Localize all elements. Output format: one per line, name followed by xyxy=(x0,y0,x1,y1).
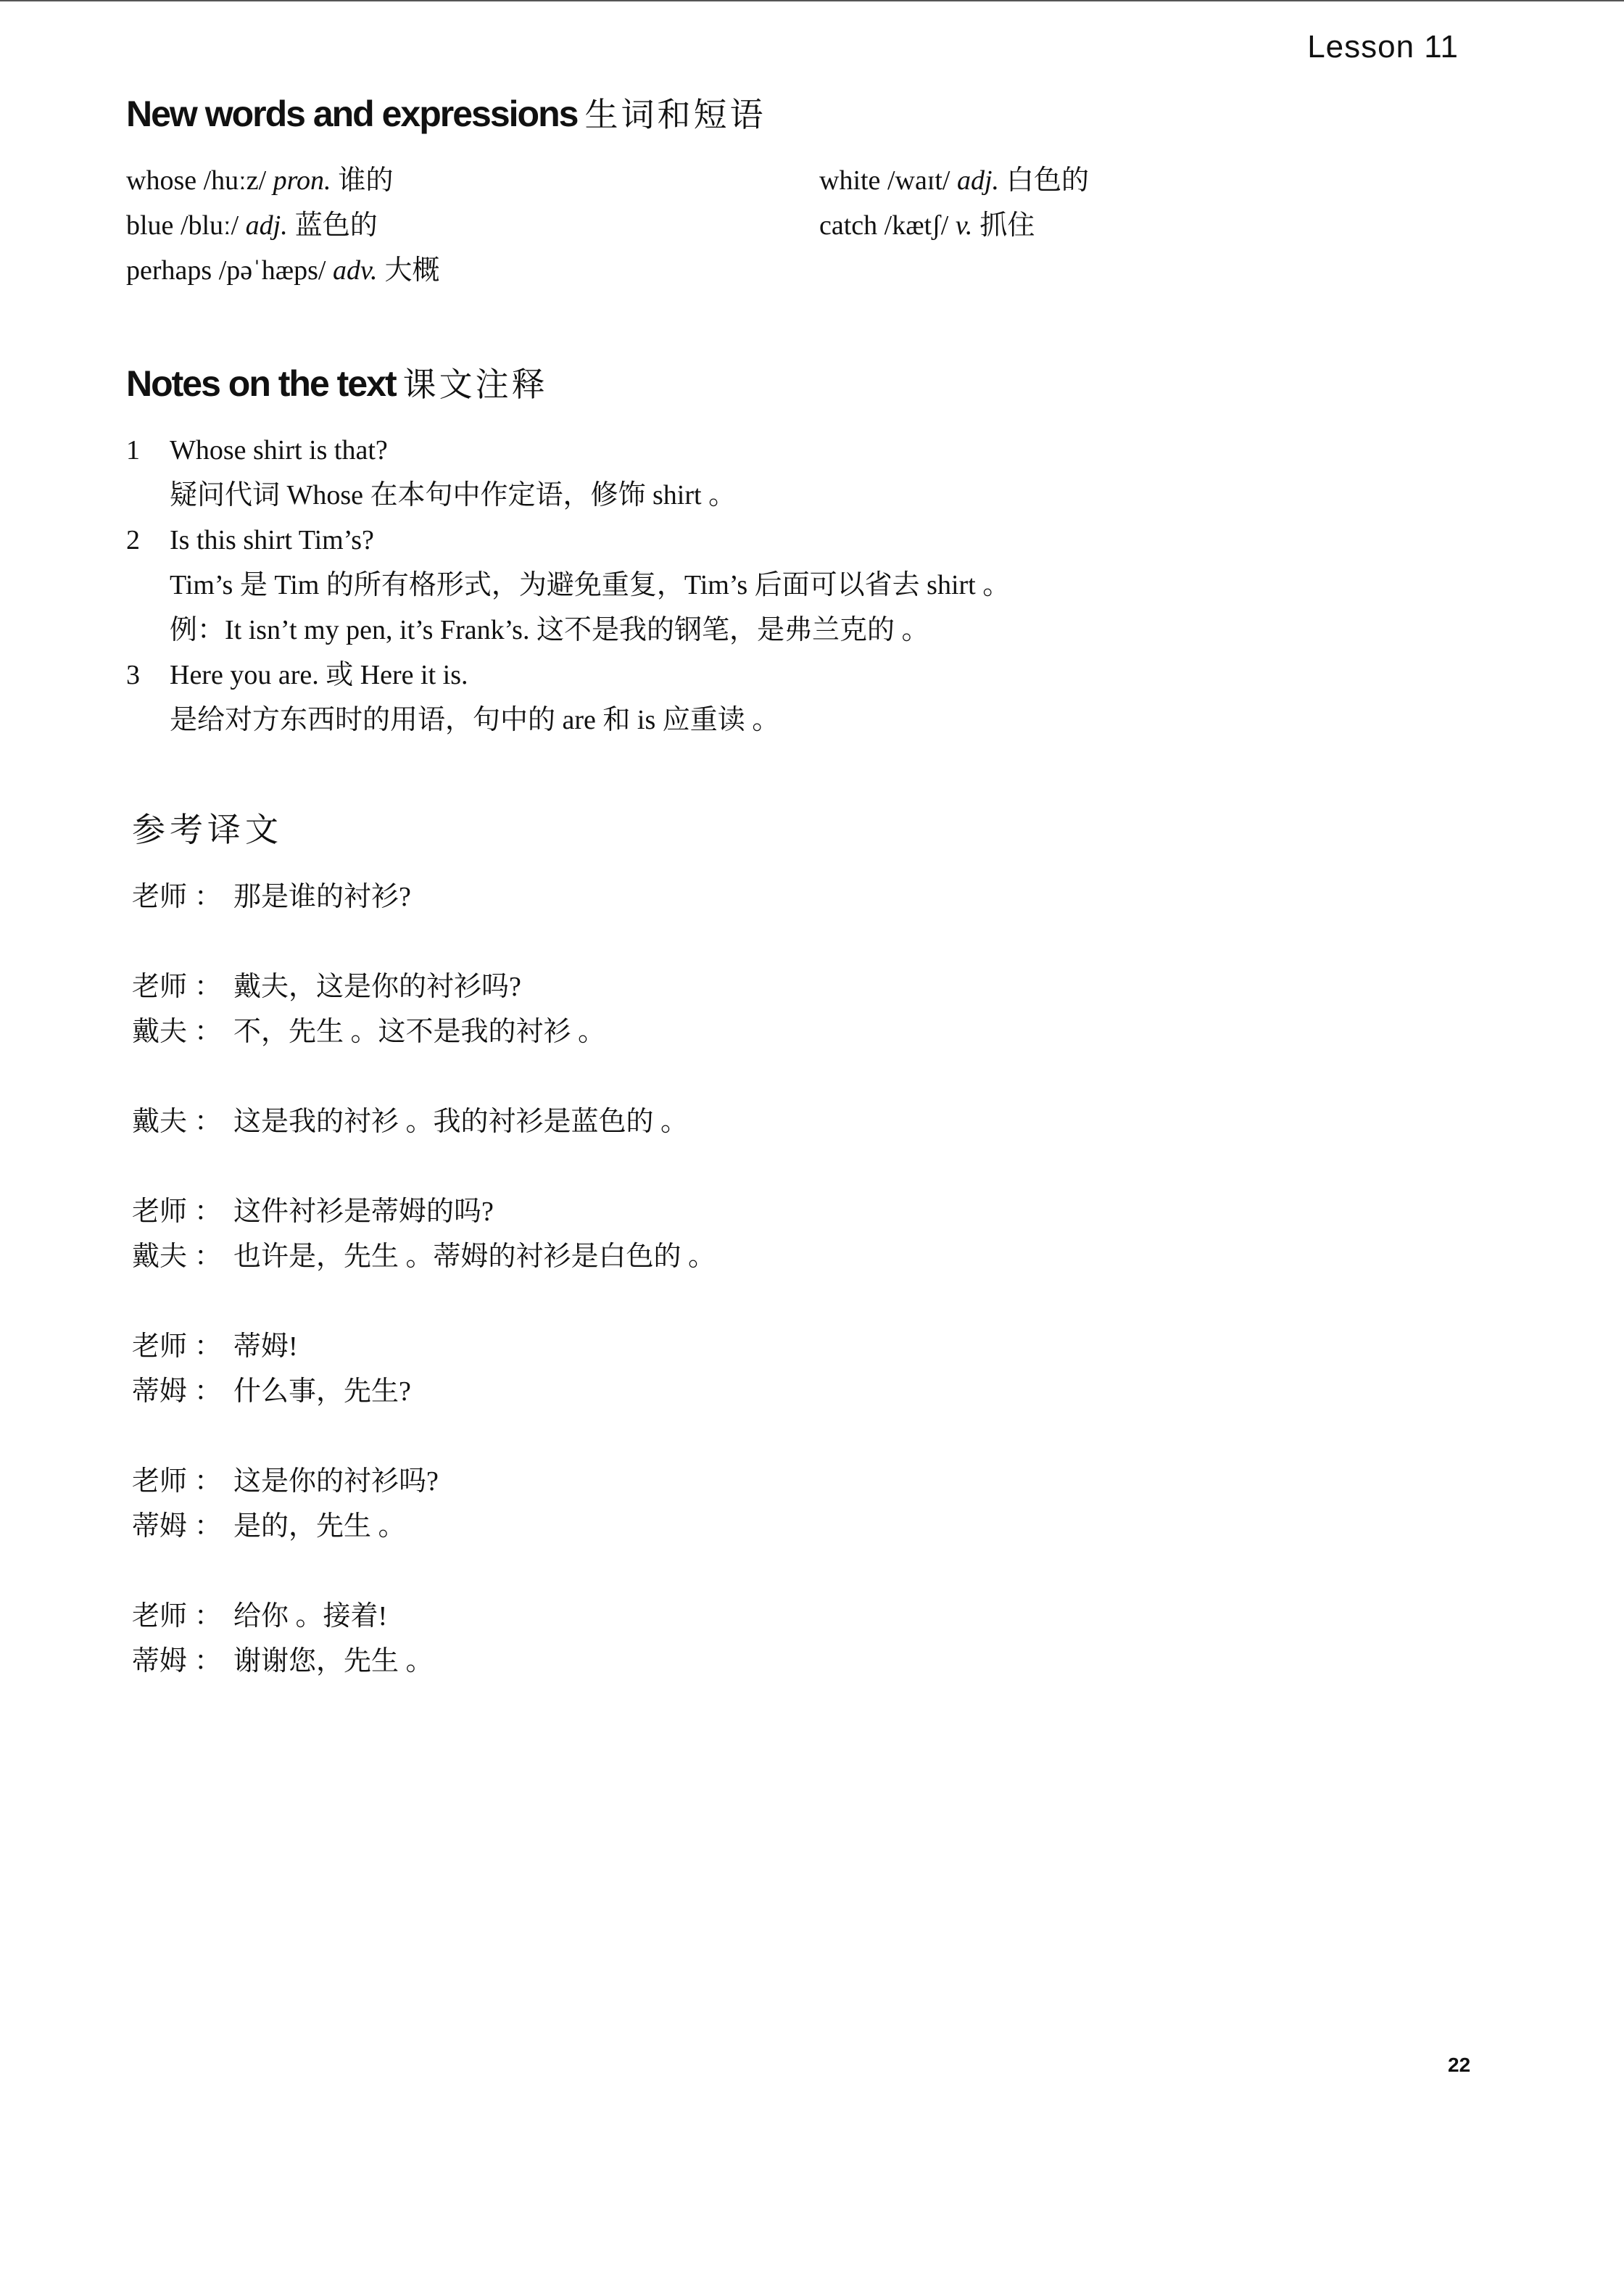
utterance: 戴夫，这是你的衬衫吗? xyxy=(233,964,521,1009)
vocab-entry: perhaps /pəˈhæps/ adv.大概 xyxy=(126,248,440,293)
note-line: 例：It isn’t my pen, it’s Frank’s. 这不是我的钢笔… xyxy=(170,608,1010,653)
speaker: 老师 xyxy=(132,875,183,919)
speaker: 老师 xyxy=(132,1189,183,1234)
vocab-pos: adv. xyxy=(333,255,378,286)
vocab-meaning: 白色的 xyxy=(1006,165,1089,196)
notes-list: 1 Whose shirt is that? 疑问代词 Whose 在本句中作定… xyxy=(126,428,1010,743)
lesson-label: Lesson 11 xyxy=(1307,29,1459,65)
note-number: 2 xyxy=(126,518,170,653)
vocab-ipa: /kætʃ/ xyxy=(884,210,949,241)
speaker: 老师 xyxy=(132,1459,183,1504)
page-top-rule xyxy=(0,0,1624,1)
utterance: 那是谁的衬衫? xyxy=(233,875,411,919)
dialogue-line: 老师：这件衬衫是蒂姆的吗? xyxy=(132,1189,716,1234)
speaker: 蒂姆 xyxy=(132,1369,183,1414)
vocab-ipa: /waɪt/ xyxy=(887,165,950,196)
note-line: Tim’s 是 Tim 的所有格形式，为避免重复，Tim’s 后面可以省去 sh… xyxy=(170,563,1010,608)
colon: ： xyxy=(183,1594,233,1639)
vocab-word: catch xyxy=(819,210,877,241)
utterance: 是的，先生 。 xyxy=(233,1504,406,1549)
speaker: 老师 xyxy=(132,964,183,1009)
note-item: 1 Whose shirt is that? 疑问代词 Whose 在本句中作定… xyxy=(126,428,1010,518)
utterance: 谢谢您，先生 。 xyxy=(233,1639,434,1684)
speaker: 老师 xyxy=(132,1594,183,1639)
vocab-word: whose xyxy=(126,165,196,196)
vocab-entry: blue /bluː/ adj.蓝色的 xyxy=(126,203,440,248)
note-item: 2 Is this shirt Tim’s? Tim’s 是 Tim 的所有格形… xyxy=(126,518,1010,653)
translation-dialogue: 老师：那是谁的衬衫? 老师：戴夫，这是你的衬衫吗? 戴夫：不，先生 。这不是我的… xyxy=(132,875,716,1729)
vocab-meaning: 抓住 xyxy=(979,210,1035,241)
vocab-meaning: 谁的 xyxy=(339,165,394,196)
note-line: Here you are. 或 Here it is. xyxy=(170,653,779,698)
utterance: 这是我的衬衫 。我的衬衫是蓝色的 。 xyxy=(233,1099,688,1144)
utterance: 不，先生 。这不是我的衬衫 。 xyxy=(233,1009,605,1054)
dialogue-group: 老师：戴夫，这是你的衬衫吗? 戴夫：不，先生 。这不是我的衬衫 。 xyxy=(132,964,716,1054)
dialogue-group: 老师：那是谁的衬衫? xyxy=(132,875,716,919)
colon: ： xyxy=(183,1234,233,1279)
translation-heading: 参考译文 xyxy=(132,803,283,851)
vocab-pos: adj. xyxy=(957,165,999,196)
dialogue-line: 蒂姆：什么事，先生? xyxy=(132,1369,716,1414)
note-line: Whose shirt is that? xyxy=(170,428,736,473)
note-line: 疑问代词 Whose 在本句中作定语，修饰 shirt 。 xyxy=(170,473,736,518)
note-number: 3 xyxy=(126,653,170,743)
speaker: 戴夫 xyxy=(132,1234,183,1279)
vocab-right-column: white /waɪt/ adj.白色的 catch /kætʃ/ v.抓住 xyxy=(819,158,1089,248)
vocab-word: white xyxy=(819,165,880,196)
notes-heading: Notes on the text课文注释 xyxy=(126,358,548,406)
colon: ： xyxy=(183,1504,233,1549)
vocab-meaning: 蓝色的 xyxy=(295,210,378,241)
new-words-heading-en: New words and expressions xyxy=(126,94,577,134)
speaker: 戴夫 xyxy=(132,1099,183,1144)
dialogue-group: 老师：给你 。接着! 蒂姆：谢谢您，先生 。 xyxy=(132,1594,716,1684)
vocab-pos: adj. xyxy=(246,210,288,241)
vocab-pos: v. xyxy=(956,210,973,241)
dialogue-group: 老师：蒂姆! 蒂姆：什么事，先生? xyxy=(132,1324,716,1414)
speaker: 蒂姆 xyxy=(132,1639,183,1684)
vocab-left-column: whose /huːz/ pron.谁的 blue /bluː/ adj.蓝色的… xyxy=(126,158,440,293)
new-words-heading-zh: 生词和短语 xyxy=(584,95,766,134)
page-number: 22 xyxy=(1448,2054,1470,2077)
speaker: 老师 xyxy=(132,1324,183,1369)
dialogue-line: 戴夫：也许是，先生 。蒂姆的衬衫是白色的 。 xyxy=(132,1234,716,1279)
vocab-pos: pron. xyxy=(273,165,331,196)
note-line: 是给对方东西时的用语，句中的 are 和 is 应重读 。 xyxy=(170,698,779,743)
new-words-heading: New words and expressions生词和短语 xyxy=(126,88,766,136)
vocab-ipa: /bluː/ xyxy=(181,210,239,241)
dialogue-group: 老师：这件衬衫是蒂姆的吗? 戴夫：也许是，先生 。蒂姆的衬衫是白色的 。 xyxy=(132,1189,716,1279)
colon: ： xyxy=(183,1099,233,1144)
notes-heading-zh: 课文注释 xyxy=(403,365,548,404)
note-number: 1 xyxy=(126,428,170,518)
colon: ： xyxy=(183,964,233,1009)
dialogue-group: 戴夫：这是我的衬衫 。我的衬衫是蓝色的 。 xyxy=(132,1099,716,1144)
utterance: 蒂姆! xyxy=(233,1324,298,1369)
dialogue-line: 戴夫：这是我的衬衫 。我的衬衫是蓝色的 。 xyxy=(132,1099,716,1144)
notes-heading-en: Notes on the text xyxy=(126,363,396,404)
dialogue-line: 老师：蒂姆! xyxy=(132,1324,716,1369)
vocab-word: blue xyxy=(126,210,173,241)
vocab-entry: white /waɪt/ adj.白色的 xyxy=(819,158,1089,203)
dialogue-line: 戴夫：不，先生 。这不是我的衬衫 。 xyxy=(132,1009,716,1054)
dialogue-line: 老师：给你 。接着! xyxy=(132,1594,716,1639)
speaker: 戴夫 xyxy=(132,1009,183,1054)
note-item: 3 Here you are. 或 Here it is. 是给对方东西时的用语… xyxy=(126,653,1010,743)
dialogue-group: 老师：这是你的衬衫吗? 蒂姆：是的，先生 。 xyxy=(132,1459,716,1549)
dialogue-line: 蒂姆：谢谢您，先生 。 xyxy=(132,1639,716,1684)
utterance: 也许是，先生 。蒂姆的衬衫是白色的 。 xyxy=(233,1234,716,1279)
utterance: 什么事，先生? xyxy=(233,1369,411,1414)
colon: ： xyxy=(183,1324,233,1369)
dialogue-line: 老师：这是你的衬衫吗? xyxy=(132,1459,716,1504)
colon: ： xyxy=(183,875,233,919)
utterance: 这是你的衬衫吗? xyxy=(233,1459,439,1504)
colon: ： xyxy=(183,1189,233,1234)
vocab-ipa: /pəˈhæps/ xyxy=(219,255,326,286)
dialogue-line: 老师：那是谁的衬衫? xyxy=(132,875,716,919)
utterance: 给你 。接着! xyxy=(233,1594,387,1639)
vocab-entry: whose /huːz/ pron.谁的 xyxy=(126,158,440,203)
colon: ： xyxy=(183,1369,233,1414)
dialogue-line: 蒂姆：是的，先生 。 xyxy=(132,1504,716,1549)
utterance: 这件衬衫是蒂姆的吗? xyxy=(233,1189,494,1234)
dialogue-line: 老师：戴夫，这是你的衬衫吗? xyxy=(132,964,716,1009)
speaker: 蒂姆 xyxy=(132,1504,183,1549)
vocab-meaning: 大概 xyxy=(385,255,440,286)
note-line: Is this shirt Tim’s? xyxy=(170,518,1010,563)
vocab-ipa: /huːz/ xyxy=(204,165,267,196)
colon: ： xyxy=(183,1009,233,1054)
vocab-entry: catch /kætʃ/ v.抓住 xyxy=(819,203,1089,248)
colon: ： xyxy=(183,1459,233,1504)
vocab-word: perhaps xyxy=(126,255,212,286)
colon: ： xyxy=(183,1639,233,1684)
